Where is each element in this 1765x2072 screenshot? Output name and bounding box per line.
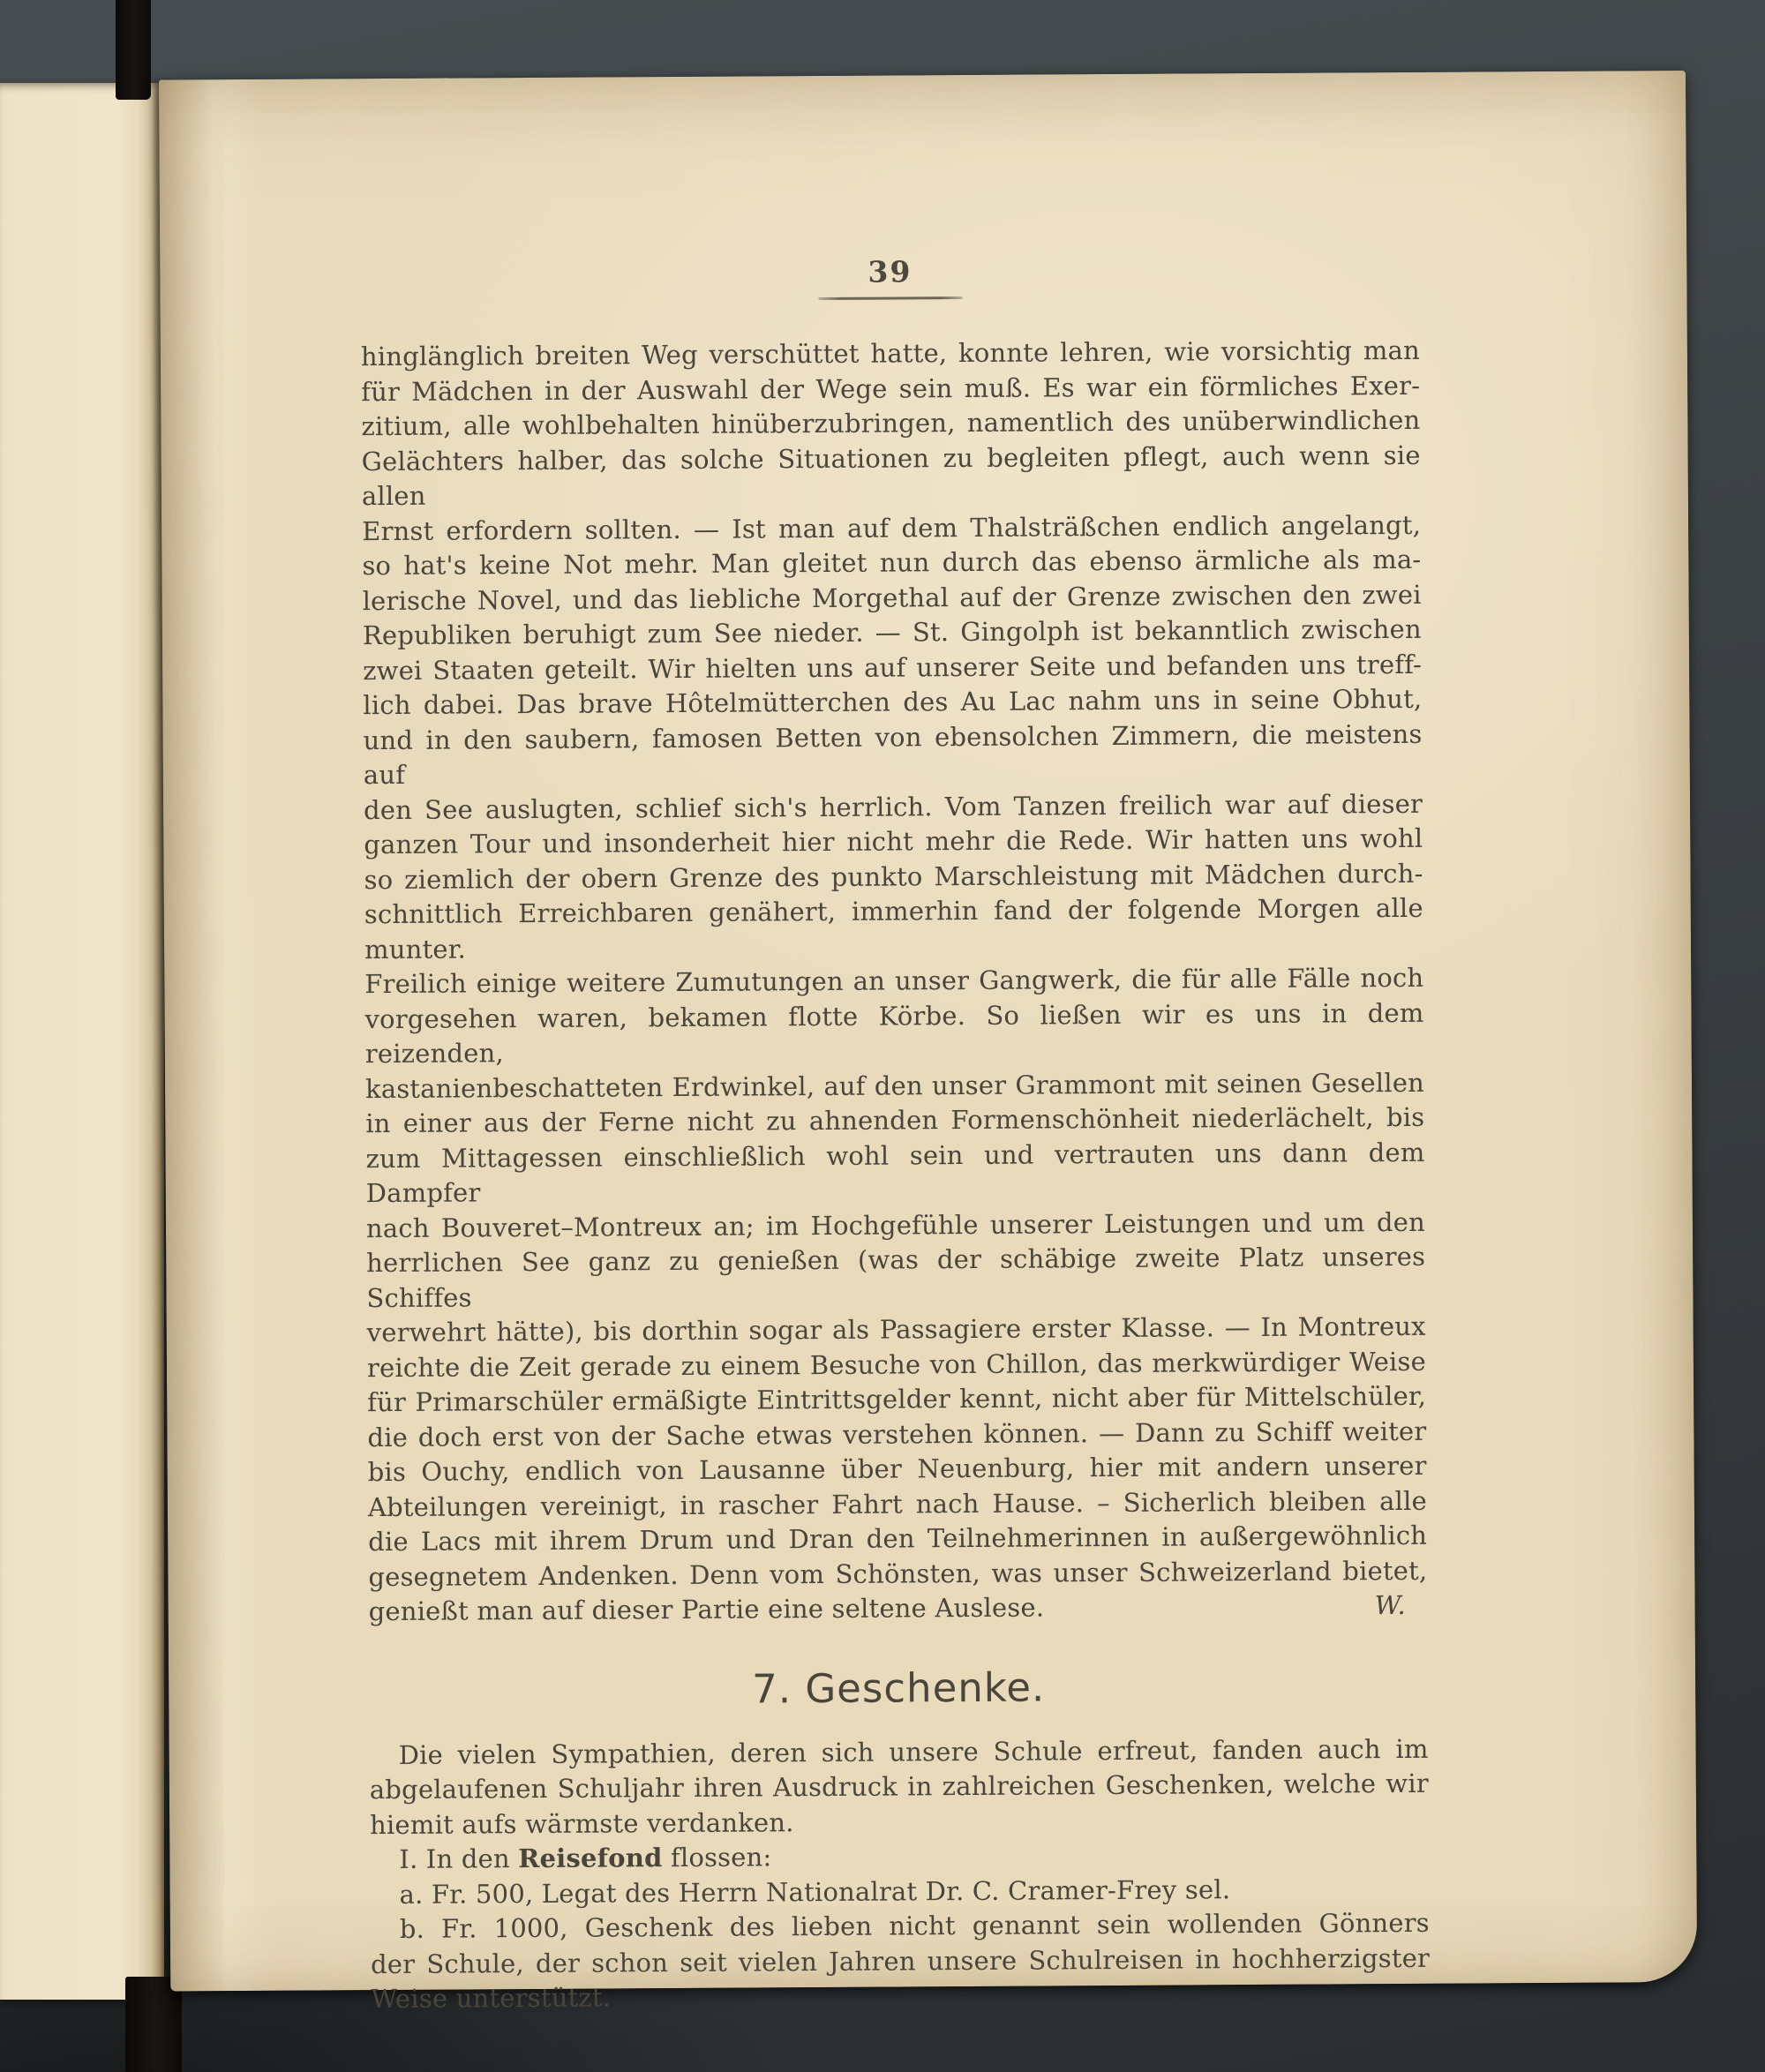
list-intro-prefix: I. In den [399,1843,518,1874]
section-heading: 7. Geschenke. [369,1663,1428,1713]
book-page: 39 hinglänglich breiten Weg verschüttet … [159,71,1697,1992]
text-line: und in den saubern, famosen Betten von e… [363,717,1422,792]
text-block: 39 hinglänglich breiten Weg verschüttet … [360,252,1430,2017]
text-line: hinglänglich breiten Weg verschüttet hat… [361,334,1420,375]
author-initial: W. [1375,1588,1407,1624]
text-line: Republiken beruhigt zum See nieder. — St… [363,612,1422,654]
text-line: so hat's keine Not mehr. Man gleitet nun… [362,543,1421,584]
text-line: abgelaufenen Schuljahr ihren Ausdruck in… [370,1767,1429,1808]
text-line: schnittlich Erreichbaren genähert, immer… [364,891,1423,967]
text-line: in einer aus der Ferne nicht zu ahnenden… [365,1100,1424,1142]
list-intro-bold: Reisefond [518,1843,663,1873]
bookmark-ribbon-top [116,0,151,100]
text-line: bis Ouchy, endlich von Lausanne über Neu… [368,1449,1427,1490]
text-line: zitium, alle wohlbehalten hinüberzubring… [361,403,1420,445]
page-number-rule [818,297,962,300]
paragraph-last-line: genießt man auf dieser Partie eine selte… [369,1592,1045,1626]
text-line: genießt man auf dieser Partie eine selte… [369,1588,1428,1630]
text-line: Gelächters halber, das solche Situatione… [362,438,1421,514]
text-line: Freilich einige weitere Zumutungen an un… [364,961,1423,1002]
text-line: für Primarschüler ermäßigte Eintrittsgel… [367,1379,1426,1421]
list-item-b-line: der Schule, der schon seit vielen Jahren… [371,1941,1430,1982]
book-scan-photo: { "colors": { "paper": "#ecdfc3", "ink":… [0,0,1765,2072]
list-item-b-line: b. Fr. 1000, Geschenk des lieben nicht g… [371,1906,1430,1948]
text-line: lich dabei. Das brave Hôtelmütterchen de… [363,682,1422,724]
page-number: 39 [360,252,1419,292]
text-line: zum Mittagessen einschließlich wohl sein… [365,1135,1424,1211]
text-line: die Lacs mit ihrem Drum und Dran den Tei… [368,1519,1427,1560]
text-line: ganzen Tour und insonderheit hier nicht … [364,822,1423,863]
text-line: verwehrt hätte), bis dorthin sogar als P… [367,1310,1426,1351]
text-line: herrlichen See ganz zu genießen (was der… [366,1240,1425,1316]
text-line: vorgesehen waren, bekamen flotte Körbe. … [364,995,1423,1071]
facing-page-edge [0,83,164,2000]
list-intro-suffix: flossen: [662,1842,771,1873]
list-item-b-line: Weise unterstützt. [371,1976,1430,2017]
